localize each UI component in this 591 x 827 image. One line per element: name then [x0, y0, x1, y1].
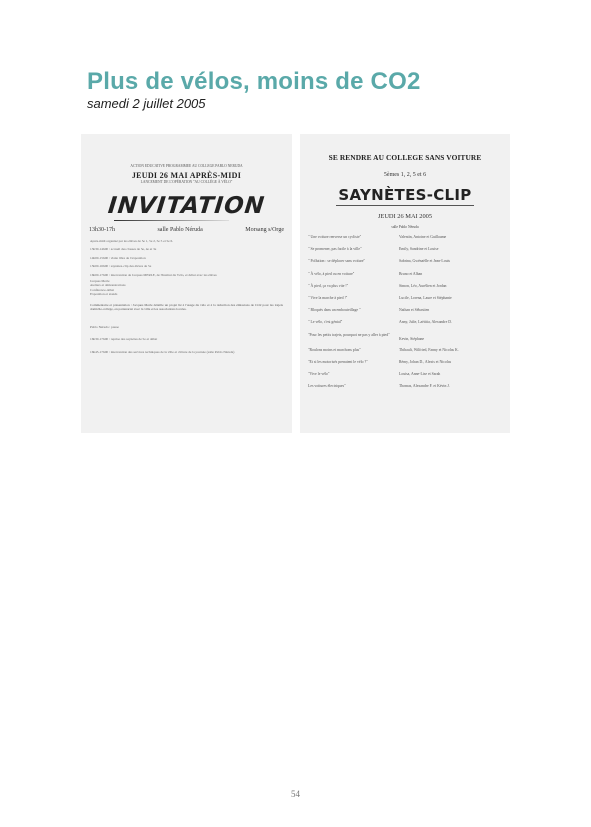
saynete-title: " Une voiture renverse un cycliste": [308, 235, 399, 240]
saynete-row: "Vive le vélo"Louisa, Anne-Lise et Sarah: [308, 372, 510, 384]
saynete-title: " Bloqués dans un embouteillage ": [308, 308, 399, 313]
saynete-title: " À pied, ça va plus vite !": [308, 284, 399, 289]
saynete-row: " Une voiture renverse un cycliste"Valen…: [308, 235, 510, 247]
saynete-authors: Valentin, Antoine et Guillaume: [399, 235, 510, 240]
saynetes-classes: 5èmes 1, 2, 5 et 6: [300, 172, 510, 178]
invitation-time: 13h30-17h: [89, 227, 115, 233]
saynete-row: "Et si les motorisés prenaient le vélo ?…: [308, 360, 510, 372]
invitation-paragraph: Commentaire et présentation : Jacques Me…: [90, 303, 283, 311]
saynete-title: " Le vélo, c'est génial": [308, 320, 399, 325]
invitation-venue: salle Pablo Néruda: [157, 227, 202, 233]
saynete-title: " Pollution : se déplacer sans voiture": [308, 259, 399, 264]
invitation-subheading: LANCEMENT DE L'OPÉRATION "AU COLLÈGE À V…: [81, 180, 292, 185]
saynete-title: " À vélo, à pied ou en voiture": [308, 272, 399, 277]
saynetes-rule: [336, 205, 474, 206]
invitation-title: INVITATION: [81, 193, 292, 219]
saynete-authors: Louisa, Anne-Lise et Sarah: [399, 372, 510, 377]
invitation-date-heading: JEUDI 26 MAI APRÈS-MIDI: [81, 171, 292, 180]
invitation-line: Après-midi organisé par les élèves de 5e…: [90, 239, 283, 243]
saynete-title: "Roulons moins et marchons plus": [308, 348, 399, 353]
saynetes-title: SAYNÈTES-CLIP: [300, 186, 510, 204]
saynete-title: Les voitures électriques": [308, 384, 399, 389]
saynete-row: "Roulons moins et marchons plus"Thibault…: [308, 348, 510, 360]
saynete-authors: Emily, Sandrine et Louise: [399, 247, 510, 252]
saynete-authors: Thomas, Alexandre F. et Kévin J.: [399, 384, 510, 389]
saynete-title: " Se promener, pas facile à la ville": [308, 247, 399, 252]
saynete-authors: Rémy, Johan D., Alexis et Nicolas: [399, 360, 510, 365]
invitation-schedule-item: Pablo Néruda : pause: [90, 325, 283, 329]
invitation-body: Après-midi organisé par les élèves de 5e…: [81, 239, 292, 354]
invitation-scan: ACTION EDUCATIVE PROGRAMMEE AU COLLEGE P…: [81, 134, 292, 433]
saynete-authors: Bruno et Alban: [399, 272, 510, 277]
saynete-authors: Simon, Léo, Aurélien et Jordan: [399, 284, 510, 289]
saynete-authors: Anny, Julie, Laëtitia, Alexandre D.: [399, 320, 510, 325]
saynete-authors: Nathan et Sébastien: [399, 308, 510, 313]
invitation-town: Morsang s/Orge: [245, 227, 284, 233]
invitation-schedule-item: 16h45-17h00 : intervention des services …: [90, 350, 240, 354]
saynete-title: "Et si les motorisés prenaient le vélo ?…: [308, 360, 399, 365]
saynete-authors: Sabrina, Gwénaëlle et Jean-Louis: [399, 259, 510, 264]
invitation-line: 15h00-16h00 : saynètes-clip des élèves d…: [90, 264, 283, 268]
saynete-row: " Se promener, pas facile à la ville"Emi…: [308, 247, 510, 259]
saynetes-list: " Une voiture renverse un cycliste"Valen…: [300, 235, 510, 396]
invitation-line: 16h00-17h00 : intervention de Jacques ME…: [90, 273, 283, 277]
invitation-info-row: 13h30-17h salle Pablo Néruda Morsang s/O…: [81, 227, 292, 233]
saynete-row: " À vélo, à pied ou en voiture"Bruno et …: [308, 272, 510, 284]
saynete-authors: Thibault, Wilfried, Fanny et Nicolas K.: [399, 348, 510, 353]
invitation-line: Exposition et stands: [90, 292, 283, 296]
page-number: 54: [0, 789, 591, 799]
saynetes-scan: SE RENDRE AU COLLEGE SANS VOITURE 5èmes …: [300, 134, 510, 433]
saynete-row: " À pied, ça va plus vite !"Simon, Léo, …: [308, 284, 510, 296]
saynetes-heading: SE RENDRE AU COLLEGE SANS VOITURE: [300, 153, 510, 162]
invitation-header: ACTION EDUCATIVE PROGRAMMEE AU COLLEGE P…: [81, 164, 292, 169]
invitation-schedule-item: 16h30-17h00 : reprise des saynètes de 5e…: [90, 337, 283, 341]
article-title: Plus de vélos, moins de CO2: [87, 68, 421, 96]
saynete-row: " Vive la marche à pied !"Lucile, Lorena…: [308, 296, 510, 308]
saynete-title: "Pour les petits trajets, pourquoi ne pa…: [308, 333, 399, 338]
invitation-line: 13h30-14h00 : accueil des classes de 5e,…: [90, 247, 283, 251]
saynete-authors: Lucile, Lorena, Laure et Stéphanie: [399, 296, 510, 301]
invitation-line: 14h00-15h00 : visite libre de l'expositi…: [90, 256, 283, 260]
saynete-row: " Pollution : se déplacer sans voiture"S…: [308, 259, 510, 271]
saynete-row: Les voitures électriques"Thomas, Alexand…: [308, 384, 510, 396]
invitation-rule: [114, 220, 229, 221]
saynetes-venue: salle Pablo Néruda: [300, 225, 510, 229]
saynete-title: " Vive la marche à pied !": [308, 296, 399, 301]
saynete-row: "Pour les petits trajets, pourquoi ne pa…: [308, 333, 510, 348]
saynetes-date: JEUDI 26 MAI 2005: [300, 213, 510, 220]
article-date: samedi 2 juillet 2005: [87, 96, 206, 111]
saynete-authors: Kevin, Stéphane: [399, 333, 510, 342]
saynete-row: " Bloqués dans un embouteillage "Nathan …: [308, 308, 510, 320]
saynete-title: "Vive le vélo": [308, 372, 399, 377]
saynete-row: " Le vélo, c'est génial"Anny, Julie, Laë…: [308, 320, 510, 332]
